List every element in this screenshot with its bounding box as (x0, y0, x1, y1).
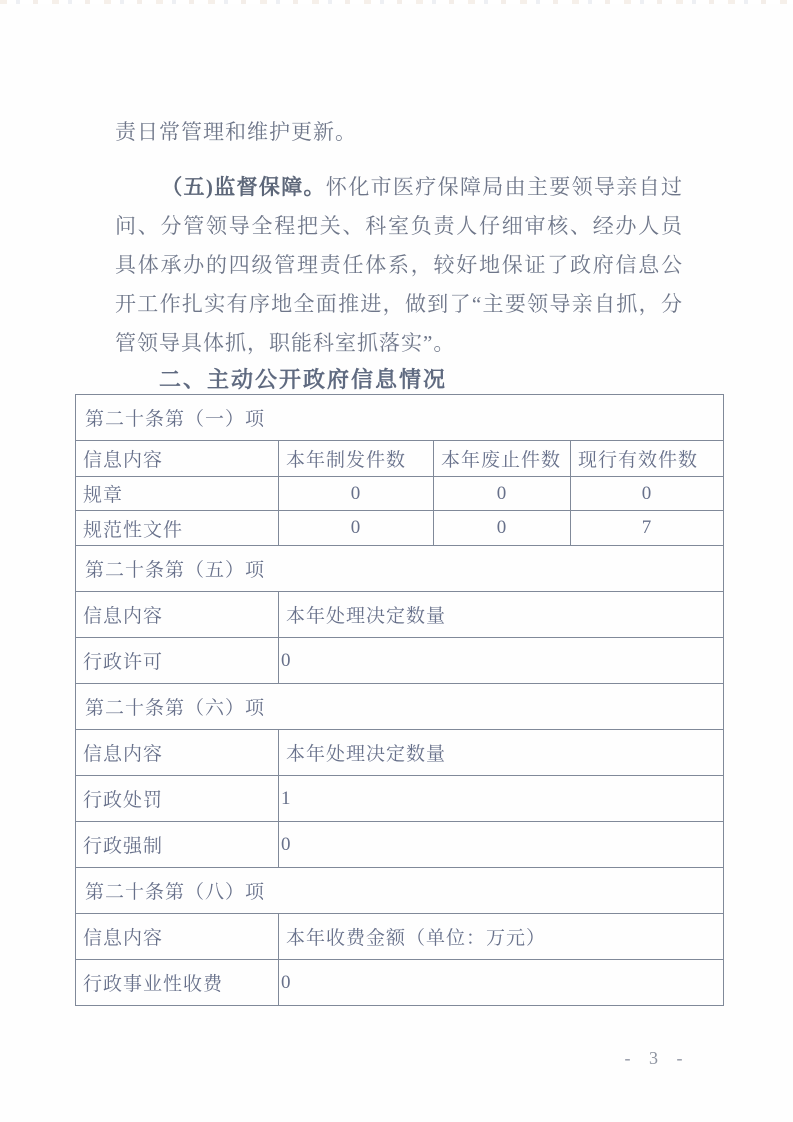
table-row-section-3-headers: 信息内容 本年处理决定数量 (76, 730, 724, 776)
column-header: 本年制发件数 (279, 441, 434, 477)
table-row-section-2-headers: 信息内容 本年处理决定数量 (76, 592, 724, 638)
paragraph-supervision: （五)监督保障。怀化市医疗保障局由主要领导亲自过问、分管领导全程把关、科室负责人… (115, 168, 683, 363)
table-section-title: 第二十条第（一）项 (76, 395, 724, 441)
table-section-title: 第二十条第（五）项 (76, 546, 724, 592)
section-heading: 二、主动公开政府信息情况 (159, 365, 683, 395)
table-section-title: 第二十条第（八）项 (76, 868, 724, 914)
table-row: 规章 0 0 0 (76, 477, 724, 511)
body-text: 责日常管理和维护更新。 （五)监督保障。怀化市医疗保障局由主要领导亲自过问、分管… (115, 112, 683, 395)
row-label: 行政强制 (76, 822, 279, 868)
row-label: 规章 (76, 477, 279, 511)
table-cell-value: 0 (279, 511, 434, 546)
table-row: 行政许可 0 (76, 638, 724, 684)
document-page: 责日常管理和维护更新。 （五)监督保障。怀化市医疗保障局由主要领导亲自过问、分管… (0, 0, 793, 1122)
table-cell-value: 1 (279, 776, 724, 822)
page-number: - 3 - (612, 1048, 702, 1069)
table-row-section-2-title: 第二十条第（五）项 (76, 546, 724, 592)
table-cell-value: 0 (279, 638, 724, 684)
table-row-section-4-headers: 信息内容 本年收费金额（单位：万元） (76, 914, 724, 960)
column-header: 信息内容 (76, 914, 279, 960)
paragraph-body-text: 怀化市医疗保障局由主要领导亲自过问、分管领导全程把关、科室负责人仔细审核、经办人… (115, 175, 683, 355)
column-header: 信息内容 (76, 441, 279, 477)
table-cell-value: 0 (279, 960, 724, 1006)
row-label: 行政处罚 (76, 776, 279, 822)
table-row-section-3-title: 第二十条第（六）项 (76, 684, 724, 730)
column-header: 本年处理决定数量 (279, 592, 724, 638)
table-row-section-4-title: 第二十条第（八）项 (76, 868, 724, 914)
column-header: 信息内容 (76, 730, 279, 776)
row-label: 规范性文件 (76, 511, 279, 546)
row-label: 行政事业性收费 (76, 960, 279, 1006)
table-row: 规范性文件 0 0 7 (76, 511, 724, 546)
table-cell-value: 7 (571, 511, 724, 546)
table-cell-value: 0 (434, 477, 571, 511)
table-row-section-1-title: 第二十条第（一）项 (76, 395, 724, 441)
table-row: 行政强制 0 (76, 822, 724, 868)
table-cell-value: 0 (279, 477, 434, 511)
table-row: 行政处罚 1 (76, 776, 724, 822)
report-table: 第二十条第（一）项 信息内容 本年制发件数 本年废止件数 现行有效件数 规章 0… (75, 394, 724, 1006)
row-label: 行政许可 (76, 638, 279, 684)
paragraph-continuation: 责日常管理和维护更新。 (115, 112, 683, 152)
column-header: 本年处理决定数量 (279, 730, 724, 776)
column-header: 本年收费金额（单位：万元） (279, 914, 724, 960)
table-cell-value: 0 (571, 477, 724, 511)
table-cell-value: 0 (279, 822, 724, 868)
column-header: 信息内容 (76, 592, 279, 638)
column-header: 现行有效件数 (571, 441, 724, 477)
table-row: 行政事业性收费 0 (76, 960, 724, 1006)
table-section-title: 第二十条第（六）项 (76, 684, 724, 730)
table-cell-value: 0 (434, 511, 571, 546)
column-header: 本年废止件数 (434, 441, 571, 477)
scan-artifact-top (0, 0, 793, 4)
table-row-section-1-headers: 信息内容 本年制发件数 本年废止件数 现行有效件数 (76, 441, 724, 477)
paragraph-bold-label: （五)监督保障。 (161, 175, 326, 199)
